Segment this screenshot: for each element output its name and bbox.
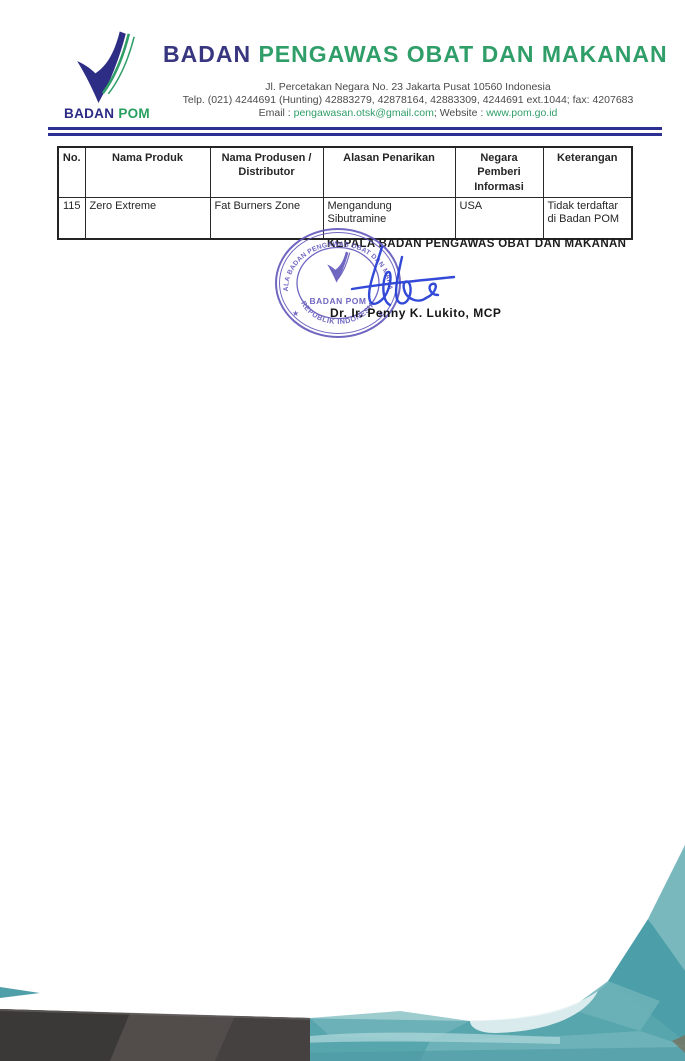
address-line1: Jl. Percetakan Negara No. 23 Jakarta Pus… (100, 81, 685, 94)
letterhead-address: Jl. Percetakan Negara No. 23 Jakarta Pus… (100, 81, 685, 119)
cell-no: 115 (58, 197, 85, 239)
table-header-row: No. Nama Produk Nama Produsen / Distribu… (58, 147, 632, 197)
cell-keterangan: Tidak terdaftar di Badan POM (543, 197, 632, 239)
cell-nama-produk: Zero Extreme (85, 197, 210, 239)
col-header-no: No. (58, 147, 85, 197)
stamp-logo-icon (327, 252, 349, 283)
address-line2: Telp. (021) 4244691 (Hunting) 42883279, … (100, 94, 685, 107)
footer-wave-decoration (0, 841, 685, 1061)
agency-title: BADAN PENGAWAS OBAT DAN MAKANAN (163, 41, 681, 68)
website-url: www.pom.go.id (486, 107, 557, 119)
agency-title-rest: PENGAWAS OBAT DAN MAKANAN (258, 41, 667, 67)
email-label: Email : (259, 107, 294, 119)
col-header-nama-produk: Nama Produk (85, 147, 210, 197)
address-line3: Email : pengawasan.otsk@gmail.com; Websi… (100, 107, 685, 120)
col-header-alasan: Alasan Penarikan (323, 147, 455, 197)
website-label: ; Website : (434, 107, 486, 119)
scanned-letter-page: BADAN POM BADAN PENGAWAS OBAT DAN MAKANA… (0, 0, 685, 1061)
col-header-negara: Negara Pemberi Informasi (455, 147, 543, 197)
letterhead-divider (48, 127, 662, 136)
col-header-keterangan: Keterangan (543, 147, 632, 197)
signatory-name: Dr. Ir. Penny K. Lukito, MCP (330, 306, 501, 320)
stamp-star-left: ★ (292, 309, 299, 318)
col-header-produsen: Nama Produsen / Distributor (210, 147, 323, 197)
cell-negara: USA (455, 197, 543, 239)
agency-title-word1: BADAN (163, 41, 258, 67)
email-address: pengawasan.otsk@gmail.com (294, 107, 434, 119)
